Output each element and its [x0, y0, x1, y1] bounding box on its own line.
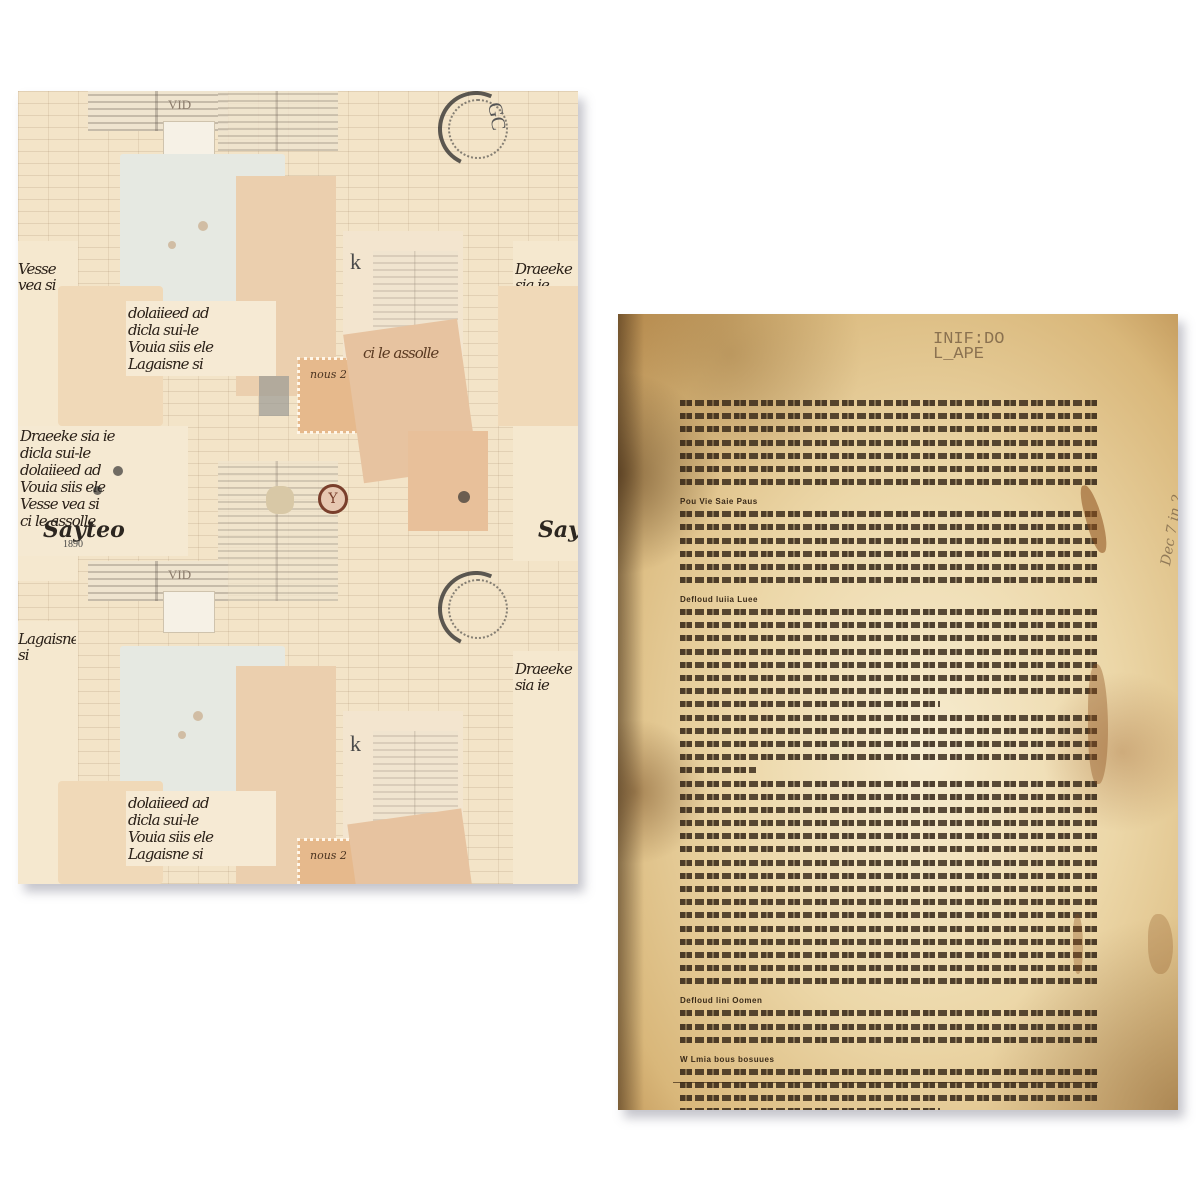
typed-line [680, 937, 1100, 947]
typed-line [680, 633, 1100, 643]
typed-line [680, 660, 1100, 670]
stain [168, 241, 176, 249]
typed-line [680, 765, 756, 775]
handwritten-text: ci le assolle [363, 346, 463, 361]
typed-line [680, 549, 1100, 559]
newsprint-columns [373, 731, 458, 821]
section-heading: Defloud lini Oomen [680, 996, 1100, 1005]
typed-paragraph: Pou Vie Saie Paus Defloud luiia Luee [680, 398, 1100, 1110]
shell-ornament [266, 486, 294, 514]
handwritten-text: Vesse vea si [20, 497, 185, 512]
typed-line [680, 1106, 940, 1110]
folded-envelope [498, 286, 578, 426]
typed-line [680, 858, 1100, 868]
section-heading: Pou Vie Saie Paus [680, 497, 1100, 506]
typed-line [680, 620, 1100, 630]
typed-line [680, 1093, 1100, 1103]
typed-line [680, 1035, 1100, 1045]
section-heading: W Lmia bous bosuues [680, 1055, 1100, 1064]
typed-line [680, 411, 1100, 421]
ledger-header-label: VID [168, 97, 191, 113]
typed-line [680, 686, 1100, 696]
stain [193, 711, 203, 721]
typed-line [680, 844, 1100, 854]
typed-line [680, 884, 1100, 894]
typed-line [680, 1008, 1100, 1018]
ink-blot [93, 486, 102, 495]
typed-line [680, 509, 1100, 519]
wax-seal: Y [318, 484, 348, 514]
ledger-fragment [218, 91, 338, 151]
typed-line [680, 871, 1100, 881]
handwritten-text: Vouia siis ele [128, 340, 273, 355]
typed-line [680, 1067, 1100, 1077]
stain [178, 731, 186, 739]
typed-line [680, 398, 1100, 408]
typed-line [680, 536, 1100, 546]
handwritten-text: Lagaisne si [128, 357, 273, 372]
typed-line [680, 575, 1100, 585]
typed-line [680, 713, 1100, 723]
typed-document-paper-sheet: INIF:DO L_APE Pou Vie Saie Paus Defloud … [618, 314, 1178, 1110]
ticket-fragment [163, 591, 215, 633]
handwritten-text: Lagaisne si [128, 847, 273, 862]
typed-line [680, 726, 1100, 736]
typed-line [680, 477, 1100, 487]
typed-line [680, 963, 1100, 973]
handwritten-text: dolaiieed ad [128, 306, 273, 321]
typed-line [680, 607, 1100, 617]
burnt-left-edge [618, 314, 644, 1110]
heart-signature: Sayteo [43, 517, 125, 543]
heart-signature: Sayteo [538, 517, 578, 543]
typed-line [680, 924, 1100, 934]
typed-line [680, 779, 1100, 789]
stamp-text: nous 2 [310, 849, 347, 862]
handwritten-text: dicla sui-le [20, 446, 185, 461]
postmark-label: GC [482, 101, 509, 132]
collage-paper-sheet: VID Vesse vea si k GC dolaiieed ad dicla… [18, 91, 578, 884]
signature-rule [673, 1082, 1098, 1083]
header-mark-line: L_APE [933, 347, 1004, 362]
heart-signature-year: 1890 [63, 539, 83, 550]
torn-peach-paper [408, 431, 488, 531]
typed-line [680, 699, 940, 709]
typed-line [680, 897, 1100, 907]
typed-line [680, 792, 1100, 802]
handwritten-text: dicla sui-le [128, 323, 273, 338]
handwritten-text: dolaiieed ad [20, 463, 185, 478]
postmark-dotted-ring [448, 579, 508, 639]
handwritten-text: Vouia siis ele [20, 480, 185, 495]
ledger-fragment [218, 461, 338, 601]
handwritten-text: Draeeke sia ie [515, 661, 577, 881]
typed-line [680, 752, 1100, 762]
ink-blot [113, 466, 123, 476]
section-heading: Defloud luiia Luee [680, 595, 1100, 604]
typed-line [680, 818, 1100, 828]
typed-line [680, 831, 1100, 841]
typed-line [680, 1022, 1100, 1032]
ledger-header-label: VID [168, 567, 191, 583]
typed-line [680, 647, 1100, 657]
document-header-mark: INIF:DO L_APE [933, 332, 1004, 362]
letter-tile: k [350, 249, 361, 275]
typed-line [680, 451, 1100, 461]
typed-line [680, 805, 1100, 815]
handwritten-text: Vouia siis ele [128, 830, 273, 845]
handwritten-text: Draeeke sia ie [20, 429, 185, 444]
ink-blot [458, 491, 470, 503]
typed-line [680, 976, 1100, 986]
typed-line [680, 424, 1100, 434]
typed-line [680, 950, 1100, 960]
typed-line [680, 438, 1100, 448]
handwritten-text: dolaiieed ad [128, 796, 273, 811]
typed-line [680, 739, 1100, 749]
typed-line [680, 464, 1100, 474]
typed-line [680, 910, 1100, 920]
typed-line [680, 673, 1100, 683]
handwritten-text: dicla sui-le [128, 813, 273, 828]
stain [198, 221, 208, 231]
typed-line [680, 562, 1100, 572]
grey-print-fragment [259, 376, 289, 416]
typed-line [680, 522, 1100, 532]
stamp-text: nous 2 [310, 368, 347, 381]
letter-tile: k [350, 731, 361, 757]
